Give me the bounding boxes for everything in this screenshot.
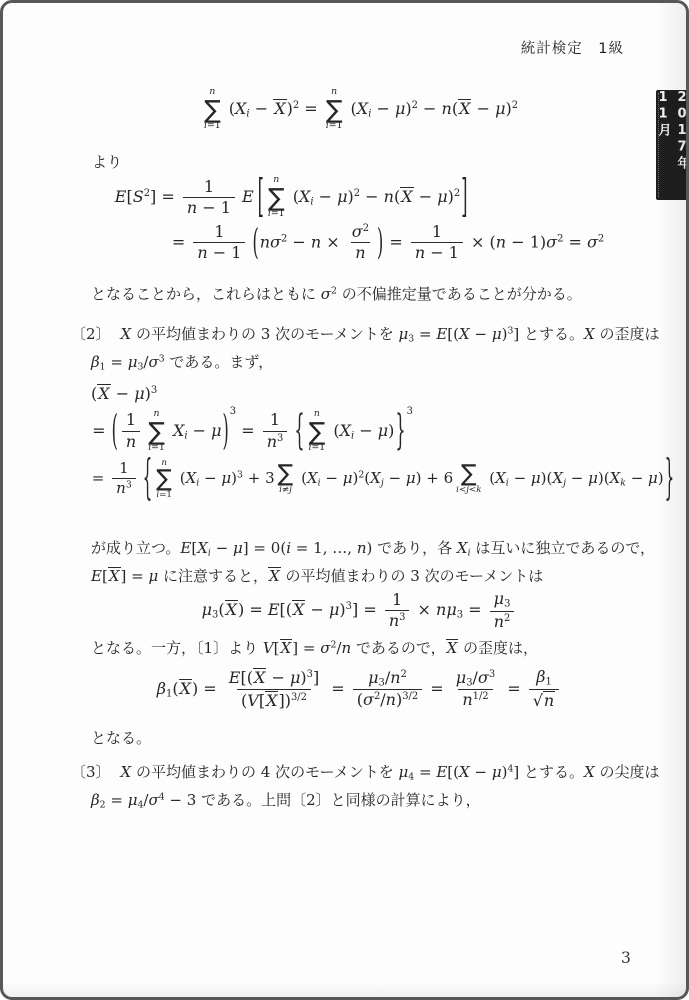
sigma-symbol: ∑: [461, 463, 477, 485]
fraction: 1n: [122, 410, 140, 452]
item-3-row1: 〔3〕X の平均値まわりの 4 次のモーメントを μ4 = E[(X − μ)4…: [71, 759, 659, 787]
summation: n∑i=1: [148, 409, 165, 454]
equation-third-moment-xbar: μ3(X) = E[(X − μ)3] = 1n3 × nμ3 = μ3n2: [83, 589, 636, 632]
paragraph-independence-row1: が成り立つ。E[Xi − μ] = 0(i = 1, …, n) であり，各 X…: [91, 535, 655, 563]
big-delimiter: ): [223, 411, 229, 453]
book-page: 統計検定 1級 2017年11月 n∑i=1 (Xi − X)2 = n∑i=1…: [0, 0, 689, 1000]
equation-expectation-s2-line2: = 1n − 1(nσ2 − n × σ2n) = 1n − 1 × (n − …: [167, 222, 604, 264]
fraction: σ2n: [348, 222, 373, 264]
overline: n: [543, 691, 555, 710]
overline: X: [446, 639, 459, 657]
connector-yori: より: [92, 149, 122, 177]
equation-third-power-expansion: (X − μ)3 = (1nn∑i=1 Xi − μ)3 = 1n3{n∑i=1…: [87, 384, 675, 500]
big-delimiter: ]: [461, 175, 467, 220]
big-delimiter: }: [395, 411, 405, 453]
summation: n∑i=1: [326, 87, 343, 132]
big-delimiter: [: [258, 175, 264, 220]
summation: n∑i=1: [268, 175, 285, 220]
fraction: β1√n: [529, 667, 560, 711]
big-delimiter: (: [112, 411, 118, 453]
paragraph-independence-row2: E[X] = μ に注意すると，X の平均値まわりの 3 次のモーメントは: [91, 563, 655, 591]
item-3-row2: β2 = μ4/σ4 − 3 である。上問〔2〕と同様の計算により，: [91, 787, 659, 815]
fraction: 1n − 1: [183, 177, 235, 219]
fraction: μ3/n2(σ2/n)3/2: [353, 668, 422, 711]
paragraph-independence: が成り立つ。E[Xi − μ] = 0(i = 1, …, n) であり，各 X…: [91, 535, 655, 591]
overline: X: [280, 639, 293, 657]
fraction: μ3n2: [490, 589, 515, 632]
item-2-label: 〔2〕: [71, 325, 111, 343]
overline: X: [97, 384, 110, 403]
sigma-symbol: ∑: [148, 420, 165, 444]
overline: X: [225, 600, 238, 619]
big-delimiter: (: [252, 225, 258, 260]
overline: X: [400, 187, 413, 206]
sigma-symbol: ∑: [326, 98, 343, 122]
overline: X: [273, 99, 286, 118]
fraction: 1n3: [385, 590, 410, 632]
equation-expectation-s2-line1: E[S2] = 1n − 1E[n∑i=1 (Xi − μ)2 − n(X − …: [115, 175, 604, 220]
overline: X: [458, 99, 471, 118]
summation: n∑i=1: [309, 409, 326, 454]
sigma-symbol: ∑: [278, 463, 294, 485]
fraction: 1n − 1: [193, 222, 245, 264]
equation-skewness-xbar: β1(X) = E[(X − μ)3](V[X])3/2 = μ3/n2(σ2/…: [83, 667, 636, 711]
summation: ∑i≠j: [278, 463, 294, 495]
fraction: μ3/σ3n1/2: [452, 668, 499, 711]
big-delimiter: {: [294, 411, 304, 453]
sigma-symbol: ∑: [156, 468, 172, 490]
overline: X: [253, 668, 266, 687]
big-delimiter: }: [665, 455, 675, 503]
fraction: 1n3: [112, 459, 136, 499]
fraction: E[(X − μ)3](V[X])3/2: [225, 667, 323, 711]
year-edition-tab: 2017年11月: [656, 90, 689, 200]
paragraph-unbiased-estimator: となることから，これらはともに σ2 の不偏推定量であることが分かる。: [91, 281, 582, 309]
equation-expectation-s2: E[S2] = 1n − 1E[n∑i=1 (Xi − μ)2 − n(X − …: [83, 175, 636, 264]
paragraph-skewness-intro: となる。一方，〔1〕より V[X] = σ2/n であるので，X の歪度は，: [91, 635, 538, 663]
year-edition-label: 2017年11月: [654, 90, 689, 200]
big-delimiter: {: [143, 455, 153, 503]
overline: X: [179, 679, 192, 698]
overline: X: [108, 567, 121, 585]
sigma-symbol: ∑: [268, 186, 285, 210]
item-2-row2: β1 = μ3/σ3 である。まず，: [91, 349, 659, 377]
sigma-symbol: ∑: [204, 98, 221, 122]
page-header-title: 統計検定 1級: [521, 37, 624, 58]
item-3-label: 〔3〕: [71, 763, 111, 781]
item-3: 〔3〕X の平均値まわりの 4 次のモーメントを μ4 = E[(X − μ)4…: [71, 759, 659, 815]
connector-tonaru: となる。: [91, 725, 151, 753]
equation-sum-identity: n∑i=1 (Xi − X)2 = n∑i=1 (Xi − μ)2 − n(X …: [83, 87, 636, 132]
fraction: 1n3: [263, 410, 288, 452]
page-number: 3: [621, 949, 631, 967]
summation: ∑i<j<k: [456, 463, 481, 495]
summation: n∑i=1: [156, 458, 172, 500]
equation-expansion-line1: = (1nn∑i=1 Xi − μ)3 = 1n3{n∑i=1 (Xi − μ)…: [87, 406, 675, 454]
summation: n∑i=1: [204, 87, 221, 132]
overline: X: [268, 567, 281, 585]
item-2: 〔2〕X の平均値まわりの 3 次のモーメントを μ3 = E[(X − μ)3…: [71, 321, 659, 377]
sigma-symbol: ∑: [309, 420, 326, 444]
equation-expansion-line2: = 1n3{n∑i=1 (Xi − μ)3 + 3∑i≠j (Xi − μ)2(…: [87, 458, 675, 500]
item-2-row1: 〔2〕X の平均値まわりの 3 次のモーメントを μ3 = E[(X − μ)3…: [71, 321, 659, 349]
big-delimiter: ): [377, 225, 383, 260]
equation-xbar-minus-mu-cubed: (X − μ)3: [91, 384, 675, 403]
overline: X: [265, 691, 278, 710]
fraction: 1n − 1: [411, 222, 463, 264]
overline: X: [292, 600, 305, 619]
